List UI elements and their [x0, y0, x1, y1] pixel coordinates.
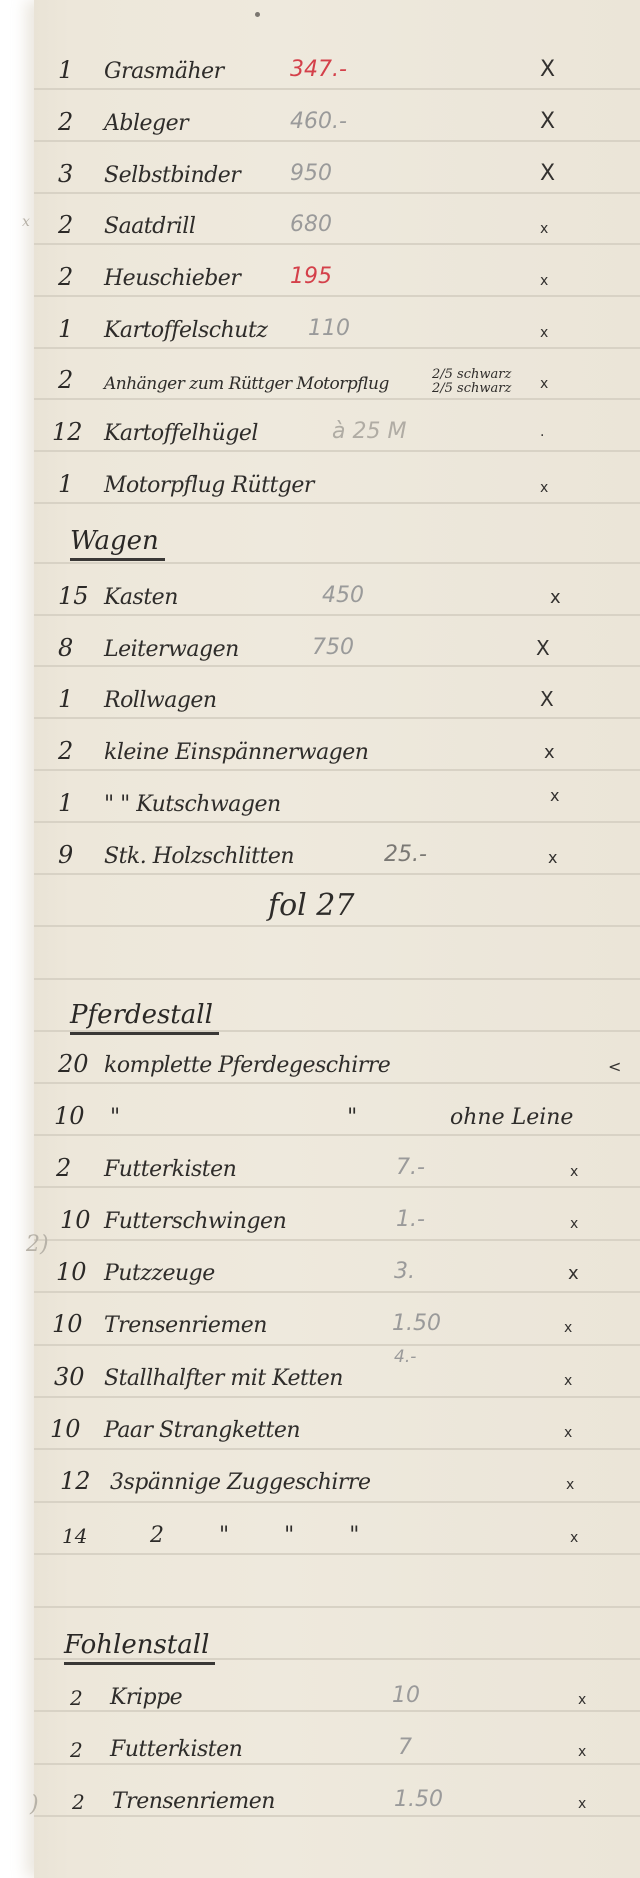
ruled-line [34, 925, 640, 927]
list-item: 3 Selbstbinder 950 X [0, 154, 640, 194]
check-mark: x [540, 325, 548, 341]
item-name: Futterkisten [110, 1737, 242, 1762]
item-price: 950 [290, 161, 332, 186]
item-quantity: 10 [50, 1415, 81, 1443]
section-heading: Wagen [70, 526, 165, 561]
item-name: Paar Strangketten [104, 1418, 300, 1443]
item-quantity: 30 [54, 1363, 85, 1391]
list-item: 2 Heuschieber 195 x [0, 257, 640, 297]
list-item: 14 2 " " " x [0, 1514, 640, 1554]
item-name: Selbstbinder [104, 163, 240, 188]
item-name: Futterkisten [104, 1157, 236, 1182]
check-mark: x [564, 1320, 572, 1336]
section-heading: Pferdestall [70, 1000, 219, 1035]
ruled-line [34, 1606, 640, 1608]
item-quantity: 2 [58, 366, 73, 394]
check-mark: x [540, 376, 548, 392]
list-item: 1 Grasmäher 347.- X [0, 50, 640, 90]
item-quantity: 2 [58, 211, 73, 239]
check-mark: X [540, 687, 554, 711]
check-mark: x [578, 1796, 586, 1812]
check-mark: X [540, 109, 555, 134]
check-mark: x [548, 848, 557, 867]
list-item: 2 Trensenriemen 1.50 x [0, 1780, 640, 1820]
item-price: 347.- [290, 57, 347, 82]
item-price: 680 [290, 212, 332, 237]
item-price: à 25 M [332, 419, 406, 444]
item-name: Anhänger zum Rüttger Motorpflug [104, 374, 389, 394]
item-quantity: 2 [58, 737, 73, 765]
item-note: 2/5 schwarz 2/5 schwarz [432, 368, 522, 396]
item-note: ohne Leine [450, 1105, 573, 1130]
item-name: kleine Einspännerwagen [104, 740, 368, 765]
check-mark: x [578, 1692, 586, 1708]
item-quantity: 14 [62, 1524, 87, 1548]
check-mark: x [564, 1373, 572, 1389]
item-name: Saatdrill [104, 214, 195, 239]
list-item: 1 Motorpflug Rüttger x [0, 464, 640, 504]
item-quantity: 1 [58, 685, 73, 713]
item-name: Futterschwingen [104, 1209, 286, 1234]
check-mark: < [608, 1057, 621, 1076]
list-item: 9 Stk. Holzschlitten 25.- x [0, 835, 640, 875]
check-mark: x [540, 273, 548, 289]
list-item: 2 Krippe 10 x [0, 1676, 640, 1716]
item-quantity: 1 [58, 789, 73, 817]
check-mark: x [550, 587, 561, 608]
list-item: 20 komplette Pferdegeschirre < [0, 1044, 640, 1084]
item-name: Trensenriemen [112, 1789, 275, 1814]
list-item: 10 Paar Strangketten x [0, 1409, 640, 1449]
item-quantity: 9 [58, 841, 73, 869]
ruled-line [34, 1501, 640, 1503]
list-item: 10 Futterschwingen 1.- x [0, 1200, 640, 1240]
item-name: Kartoffelhügel [104, 421, 258, 446]
item-quantity: 1 [58, 56, 73, 84]
item-quantity: 1 [58, 315, 73, 343]
item-name: Putzzeuge [104, 1261, 215, 1286]
item-name: 3spännige Zuggeschirre [110, 1470, 370, 1495]
list-item: 8 Leiterwagen 750 X [0, 628, 640, 668]
item-price: 460.- [290, 109, 347, 134]
item-name: Krippe [110, 1685, 182, 1710]
item-quantity: 2 [58, 263, 73, 291]
check-mark: x [570, 1530, 578, 1546]
item-quantity: 10 [60, 1206, 91, 1234]
item-quantity: 2 [70, 1686, 83, 1710]
item-quantity: 2 [72, 1790, 85, 1814]
margin-mark: x [22, 214, 30, 230]
item-price: 4.- [394, 1347, 416, 1367]
item-quantity: 10 [56, 1258, 87, 1286]
check-mark: x [578, 1744, 586, 1760]
item-quantity: 20 [58, 1050, 89, 1078]
item-name: Ableger [104, 111, 188, 136]
item-quantity: 2 [70, 1738, 83, 1762]
item-name: Trensenriemen [104, 1313, 267, 1338]
check-mark: X [540, 57, 555, 82]
item-name: Kartoffelschutz [104, 318, 267, 343]
item-price: 110 [308, 316, 350, 341]
item-quantity: 12 [52, 418, 83, 446]
item-price: 10 [392, 1683, 420, 1708]
check-mark: x [566, 1477, 574, 1493]
item-quantity: 1 [58, 470, 73, 498]
item-name: Heuschieber [104, 266, 240, 291]
margin-mark: 2) [26, 1232, 49, 1257]
list-item: 10 " " ohne Leine [0, 1096, 640, 1136]
list-item: 15 Kasten 450 x [0, 576, 640, 616]
check-mark: x [564, 1425, 572, 1441]
item-name: Motorpflug Rüttger [104, 473, 314, 498]
section-heading: Fohlenstall [64, 1630, 215, 1665]
item-name: Stk. Holzschlitten [104, 844, 294, 869]
list-item: 2 kleine Einspännerwagen x [0, 731, 640, 771]
item-quantity: 3 [58, 160, 73, 188]
item-name: komplette Pferdegeschirre [104, 1053, 390, 1078]
list-item: 1 Rollwagen X [0, 679, 640, 719]
item-price: 3. [394, 1259, 415, 1284]
item-name: Stallhalfter mit Ketten [104, 1366, 343, 1391]
item-price: 7.- [396, 1155, 425, 1180]
ruled-line [34, 978, 640, 980]
list-item: 2 Anhänger zum Rüttger Motorpflug 2/5 sc… [0, 360, 640, 400]
check-mark: X [540, 161, 555, 186]
check-mark: · [540, 428, 544, 444]
item-price: 750 [312, 635, 354, 660]
check-mark: x [570, 1164, 578, 1180]
item-name: " " [110, 1105, 467, 1130]
check-mark: x [550, 786, 559, 805]
list-item: 1 " " Kutschwagen x [0, 783, 640, 823]
item-quantity: 8 [58, 634, 73, 662]
item-name: Grasmäher [104, 59, 224, 84]
item-price: 195 [290, 264, 332, 289]
folio-signature: fol 27 [268, 888, 354, 923]
item-quantity: 10 [54, 1102, 85, 1130]
check-mark: x [568, 1263, 579, 1284]
item-quantity: 10 [52, 1310, 83, 1338]
ruled-line [34, 562, 640, 564]
item-price: 25.- [384, 842, 427, 867]
item-name: Kasten [104, 585, 178, 610]
item-name: Leiterwagen [104, 637, 239, 662]
item-price: 1.50 [392, 1311, 441, 1336]
list-item: 2 Ableger 460.- X [0, 102, 640, 142]
ruled-line [34, 1344, 640, 1346]
item-quantity: 2 [58, 108, 73, 136]
item-price: 7 [398, 1735, 412, 1760]
list-item: 12 Kartoffelhügel à 25 M · [0, 412, 640, 452]
item-name: Rollwagen [104, 688, 217, 713]
list-item: 1 Kartoffelschutz 110 x [0, 309, 640, 349]
item-price: 450 [322, 583, 364, 608]
list-item: 10 Putzzeuge 3. x [0, 1252, 640, 1292]
item-name: 2 " " " [150, 1523, 383, 1548]
check-mark: x [540, 480, 548, 496]
check-mark: X [536, 636, 550, 660]
item-quantity: 15 [58, 582, 89, 610]
margin-mark: ) [30, 1792, 39, 1817]
item-quantity: 2 [56, 1154, 71, 1182]
item-quantity: 12 [60, 1467, 91, 1495]
item-price: 1.50 [394, 1787, 443, 1812]
check-mark: x [540, 221, 548, 237]
item-price: 1.- [396, 1207, 425, 1232]
check-mark: x [544, 742, 555, 763]
check-mark: x [570, 1216, 578, 1232]
list-item: 2 Futterkisten 7 x [0, 1728, 640, 1768]
list-item: 2 Saatdrill 680 x [0, 205, 640, 245]
list-item: 30 Stallhalfter mit Ketten 4.- x [0, 1357, 640, 1397]
list-item: 10 Trensenriemen 1.50 x [0, 1304, 640, 1344]
item-name: " " Kutschwagen [104, 792, 281, 817]
list-item: 2 Futterkisten 7.- x [0, 1148, 640, 1188]
punch-dot [255, 12, 260, 17]
list-item: 12 3spännige Zuggeschirre x [0, 1461, 640, 1501]
